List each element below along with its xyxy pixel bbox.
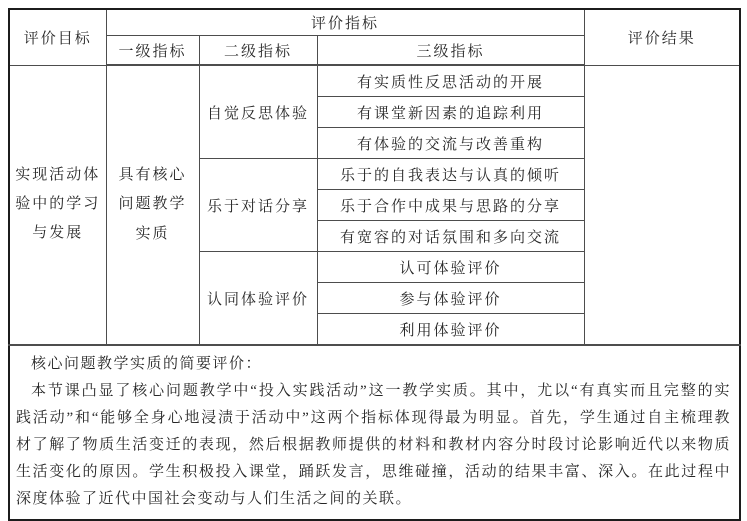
cell-level3-item: 有宽容的对话氛围和多向交流 xyxy=(317,221,584,252)
cell-level2-reflection: 自觉反思体验 xyxy=(199,65,317,159)
header-level1: 一级指标 xyxy=(106,36,199,66)
page: 评价目标 评价指标 评价结果 一级指标 二级指标 三级指标 实现活动体验中的学习… xyxy=(0,0,747,507)
footer-title: 核心问题教学实质的简要评价： xyxy=(16,351,731,378)
cell-level2-dialogue: 乐于对话分享 xyxy=(199,159,317,252)
cell-level3-item: 认可体验评价 xyxy=(317,252,584,283)
cell-level3-item: 参与体验评价 xyxy=(317,283,584,314)
header-level2: 二级指标 xyxy=(199,36,317,66)
cell-level3-item: 乐于的自我表达与认真的倾听 xyxy=(317,159,584,190)
cell-level3-item: 有体验的交流与改善重构 xyxy=(317,128,584,159)
cell-level2-recognition: 认同体验评价 xyxy=(199,252,317,346)
cell-level3-item: 有实质性反思活动的开展 xyxy=(317,65,584,97)
cell-goal: 实现活动体验中的学习与发展 xyxy=(9,65,106,345)
header-result: 评价结果 xyxy=(584,9,740,65)
cell-level3-item: 乐于合作中成果与思路的分享 xyxy=(317,190,584,221)
footer-paragraph: 本节课凸显了核心问题教学中“投入实践活动”这一教学实质。其中，尤以“有真实而且完… xyxy=(16,378,731,513)
header-goal: 评价目标 xyxy=(9,9,106,65)
cell-result-empty xyxy=(584,65,740,345)
cell-level1: 具有核心问题教学实质 xyxy=(106,65,199,345)
evaluation-table: 评价目标 评价指标 评价结果 一级指标 二级指标 三级指标 实现活动体验中的学习… xyxy=(8,8,741,521)
header-indicator: 评价指标 xyxy=(106,9,584,36)
cell-level3-item: 有课堂新因素的追踪利用 xyxy=(317,97,584,128)
cell-level3-item: 利用体验评价 xyxy=(317,314,584,346)
header-level3: 三级指标 xyxy=(317,36,584,66)
footer-cell: 核心问题教学实质的简要评价： 本节课凸显了核心问题教学中“投入实践活动”这一教学… xyxy=(9,345,740,520)
